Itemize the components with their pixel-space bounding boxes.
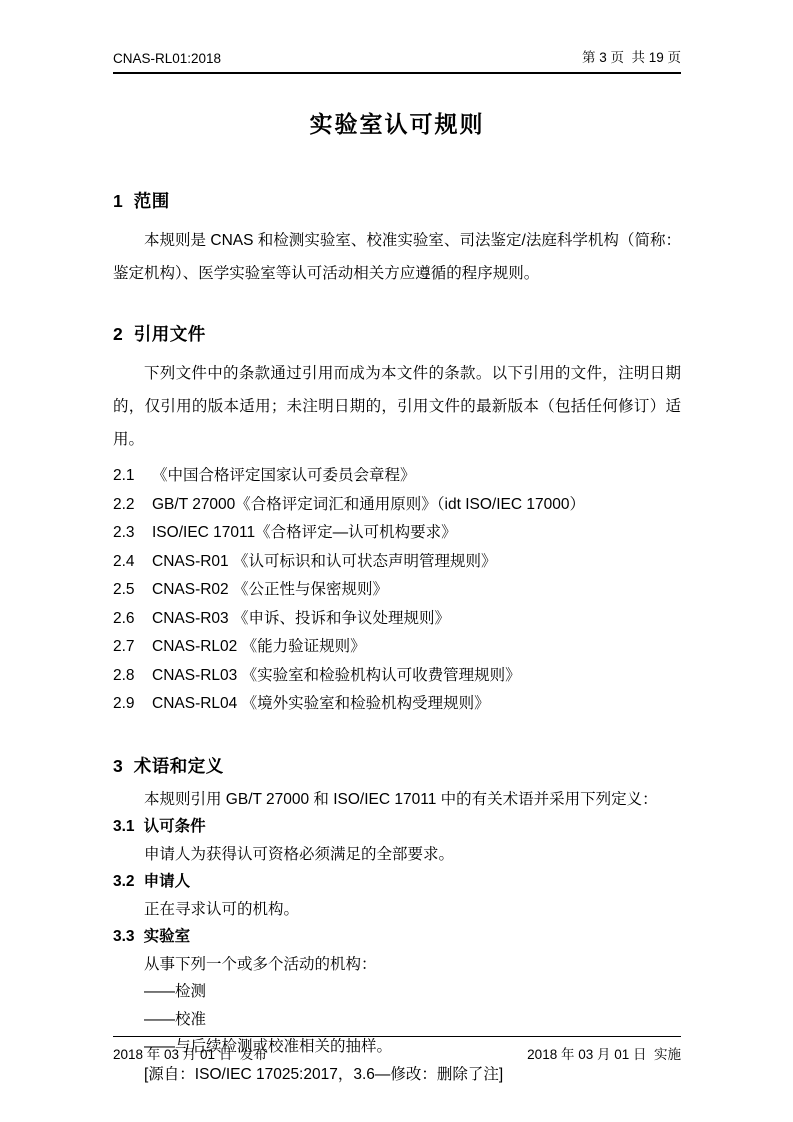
- page-number-info: 第 3 页 共 19 页: [582, 46, 681, 66]
- section-2-heading-text: 引用文件: [134, 324, 206, 344]
- reference-text: CNAS-RL04 《境外实验室和检验机构受理规则》: [152, 695, 490, 712]
- term-3-1-definition: 申请人为获得认可资格必须满足的全部要求。: [113, 841, 681, 869]
- reference-text: GB/T 27000《合格评定词汇和通用原则》（idt ISO/IEC 1700…: [152, 496, 585, 513]
- section-2-paragraph: 下列文件中的条款通过引用而成为本文件的条款。以下引用的文件，注明日期的，仅引用的…: [113, 357, 681, 456]
- issue-date: 2018 年 03 月 01 日 发布: [113, 1043, 267, 1063]
- section-3-heading-text: 术语和定义: [134, 756, 224, 776]
- lab-activity-item: ——检测: [113, 978, 681, 1006]
- reference-text: CNAS-RL02 《能力验证规则》: [152, 638, 366, 655]
- term-3-2-definition: 正在寻求认可的机构。: [113, 896, 681, 924]
- term-3-3-definition: 从事下列一个或多个活动的机构：: [113, 951, 681, 979]
- reference-text: ISO/IEC 17011《合格评定—认可机构要求》: [152, 524, 457, 541]
- reference-number: 2.5: [113, 576, 139, 605]
- lab-activity-item: ——校准: [113, 1006, 681, 1034]
- term-3-3-heading: 3.3实验室: [113, 923, 681, 951]
- reference-item: 2.7CNAS-RL02 《能力验证规则》: [113, 633, 681, 662]
- reference-item: 2.3ISO/IEC 17011《合格评定—认可机构要求》: [113, 519, 681, 548]
- term-title: 实验室: [144, 928, 191, 945]
- term-3-1-heading: 3.1认可条件: [113, 813, 681, 841]
- source-note: [源自：ISO/IEC 17025:2017，3.6—修改：删除了注]: [113, 1061, 681, 1089]
- reference-text: 《中国合格评定国家认可委员会章程》: [152, 467, 416, 484]
- section-3-heading: 3术语和定义: [113, 753, 681, 778]
- reference-item: 2.2GB/T 27000《合格评定词汇和通用原则》（idt ISO/IEC 1…: [113, 491, 681, 520]
- reference-number: 2.1: [113, 462, 139, 491]
- term-block: 3.3实验室 从事下列一个或多个活动的机构： ——检测 ——校准 ——与后续检测…: [113, 923, 681, 1088]
- section-3-number: 3: [113, 756, 123, 776]
- term-title: 认可条件: [144, 818, 206, 835]
- reference-item: 2.4CNAS-R01 《认可标识和认可状态声明管理规则》: [113, 548, 681, 577]
- reference-item: 2.5CNAS-R02 《公正性与保密规则》: [113, 576, 681, 605]
- header-rule: [113, 72, 681, 74]
- section-3-paragraph: 本规则引用 GB/T 27000 和 ISO/IEC 17011 中的有关术语并…: [113, 786, 681, 814]
- document-id: CNAS-RL01:2018: [113, 51, 221, 66]
- footer-row: 2018 年 03 月 01 日 发布 2018 年 03 月 01 日 实施: [113, 1043, 681, 1063]
- reference-number: 2.4: [113, 548, 139, 577]
- term-number: 3.3: [113, 928, 135, 945]
- reference-list: 2.1《中国合格评定国家认可委员会章程》 2.2GB/T 27000《合格评定词…: [113, 462, 681, 719]
- section-1-paragraph: 本规则是 CNAS 和检测实验室、校准实验室、司法鉴定/法庭科学机构（简称：鉴定…: [113, 224, 681, 290]
- document-title: 实验室认可规则: [113, 106, 681, 139]
- term-block: 3.1认可条件 申请人为获得认可资格必须满足的全部要求。: [113, 813, 681, 868]
- reference-number: 2.9: [113, 690, 139, 719]
- reference-number: 2.6: [113, 605, 139, 634]
- term-number: 3.2: [113, 873, 135, 890]
- footer-rule: [113, 1036, 681, 1037]
- document-page: CNAS-RL01:2018 第 3 页 共 19 页 实验室认可规则 1范围 …: [0, 0, 793, 1122]
- reference-text: CNAS-R03 《申诉、投诉和争议处理规则》: [152, 610, 450, 627]
- reference-text: CNAS-RL03 《实验室和检验机构认可收费管理规则》: [152, 667, 521, 684]
- section-1-heading-text: 范围: [134, 191, 170, 211]
- term-number: 3.1: [113, 818, 135, 835]
- term-block: 3.2申请人 正在寻求认可的机构。: [113, 868, 681, 923]
- reference-item: 2.1《中国合格评定国家认可委员会章程》: [113, 462, 681, 491]
- term-title: 申请人: [144, 873, 191, 890]
- section-2-number: 2: [113, 324, 123, 344]
- reference-number: 2.3: [113, 519, 139, 548]
- reference-number: 2.2: [113, 491, 139, 520]
- term-3-2-heading: 3.2申请人: [113, 868, 681, 896]
- reference-item: 2.6CNAS-R03 《申诉、投诉和争议处理规则》: [113, 605, 681, 634]
- reference-number: 2.8: [113, 662, 139, 691]
- reference-item: 2.8CNAS-RL03 《实验室和检验机构认可收费管理规则》: [113, 662, 681, 691]
- page-footer: 2018 年 03 月 01 日 发布 2018 年 03 月 01 日 实施: [113, 1036, 681, 1063]
- reference-number: 2.7: [113, 633, 139, 662]
- implement-date: 2018 年 03 月 01 日 实施: [527, 1043, 681, 1063]
- reference-item: 2.9CNAS-RL04 《境外实验室和检验机构受理规则》: [113, 690, 681, 719]
- reference-text: CNAS-R02 《公正性与保密规则》: [152, 581, 388, 598]
- section-2-heading: 2引用文件: [113, 321, 681, 346]
- reference-text: CNAS-R01 《认可标识和认可状态声明管理规则》: [152, 553, 496, 570]
- section-1-number: 1: [113, 191, 123, 211]
- section-1-heading: 1范围: [113, 188, 681, 213]
- running-header: CNAS-RL01:2018 第 3 页 共 19 页: [113, 46, 681, 66]
